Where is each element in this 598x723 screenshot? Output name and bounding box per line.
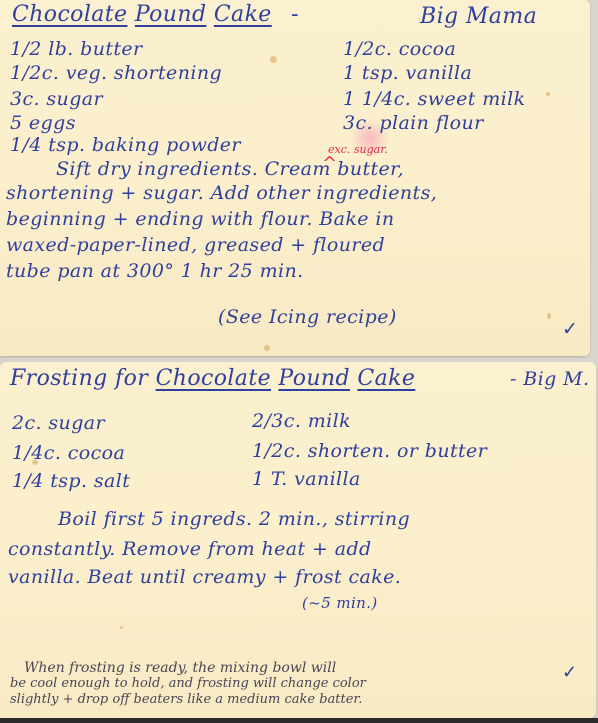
ingredient-item: 1/2c. veg. shortening bbox=[10, 62, 222, 84]
card2-title-word: Chocolate bbox=[156, 366, 271, 391]
card1-title-separator: - bbox=[291, 2, 299, 27]
direction-line: waxed-paper-lined, greased + floured bbox=[6, 234, 385, 256]
direction-line: vanilla. Beat until creamy + frost cake. bbox=[8, 566, 401, 588]
stain-mark bbox=[546, 92, 550, 96]
card2-title-prefix: Frosting for bbox=[10, 366, 148, 391]
time-note: (~5 min.) bbox=[302, 594, 378, 612]
stain-mark bbox=[270, 56, 277, 63]
ingredient-item: 1/4 tsp. salt bbox=[12, 470, 130, 492]
ingredient-item: 2c. sugar bbox=[12, 412, 105, 434]
ingredient-item: 1/4c. cocoa bbox=[12, 442, 125, 464]
recipe-card-chocolate-pound-cake: Chocolate Pound Cake - Big Mama 1/2 lb. … bbox=[0, 0, 590, 356]
direction-line: tube pan at 300° 1 hr 25 min. bbox=[6, 260, 304, 282]
recipe-card-frosting: Frosting for Chocolate Pound Cake - Big … bbox=[0, 362, 596, 718]
card1-title-word: Chocolate bbox=[12, 2, 127, 27]
pencil-note-line: slightly + drop off beaters like a mediu… bbox=[10, 692, 362, 707]
card1-author: Big Mama bbox=[420, 4, 537, 29]
ingredient-item: 1 tsp. vanilla bbox=[343, 62, 472, 84]
direction-line: Boil first 5 ingreds. 2 min., stirring bbox=[58, 508, 410, 530]
ingredient-item: 1/2c. shorten. or butter bbox=[252, 440, 487, 462]
direction-line: constantly. Remove from heat + add bbox=[8, 538, 372, 560]
card1-title-word: Cake bbox=[214, 2, 272, 27]
ingredient-item: 3c. sugar bbox=[10, 88, 103, 110]
card2-author: - Big M. bbox=[510, 368, 589, 390]
pencil-note-line: When frosting is ready, the mixing bowl … bbox=[24, 660, 336, 676]
stain-mark bbox=[547, 313, 551, 319]
card2-title-word: Pound bbox=[278, 366, 350, 391]
ingredient-item: 3c. plain flour bbox=[343, 112, 484, 134]
stain-mark bbox=[264, 345, 270, 351]
scan-bottom-edge bbox=[0, 718, 598, 723]
ingredient-item: 1 1/4c. sweet milk bbox=[343, 88, 526, 110]
ingredient-item: 1/2c. cocoa bbox=[343, 38, 456, 60]
direction-line: shortening + sugar. Add other ingredient… bbox=[6, 182, 437, 204]
ingredient-item: 2/3c. milk bbox=[252, 410, 351, 432]
pencil-note-line: be cool enough to hold, and frosting wil… bbox=[10, 676, 366, 691]
ingredient-item: 1/2 lb. butter bbox=[10, 38, 143, 60]
ingredient-item: 1 T. vanilla bbox=[252, 468, 361, 490]
direction-line: Sift dry ingredients. Cream butter, bbox=[56, 158, 404, 180]
ingredient-item: 5 eggs bbox=[10, 112, 76, 134]
card2-title: Frosting for Chocolate Pound Cake bbox=[10, 366, 415, 391]
ingredient-item: 1/4 tsp. baking powder bbox=[10, 134, 241, 156]
card2-title-word: Cake bbox=[357, 366, 415, 391]
stain-mark bbox=[120, 626, 123, 629]
direction-line: beginning + ending with flour. Bake in bbox=[6, 208, 394, 230]
see-icing-note: (See Icing recipe) bbox=[218, 306, 397, 328]
card1-title-word: Pound bbox=[135, 2, 207, 27]
card1-title: Chocolate Pound Cake - bbox=[12, 2, 299, 27]
checkmark-icon: ✓ bbox=[562, 318, 578, 340]
checkmark-icon: ✓ bbox=[562, 662, 577, 683]
